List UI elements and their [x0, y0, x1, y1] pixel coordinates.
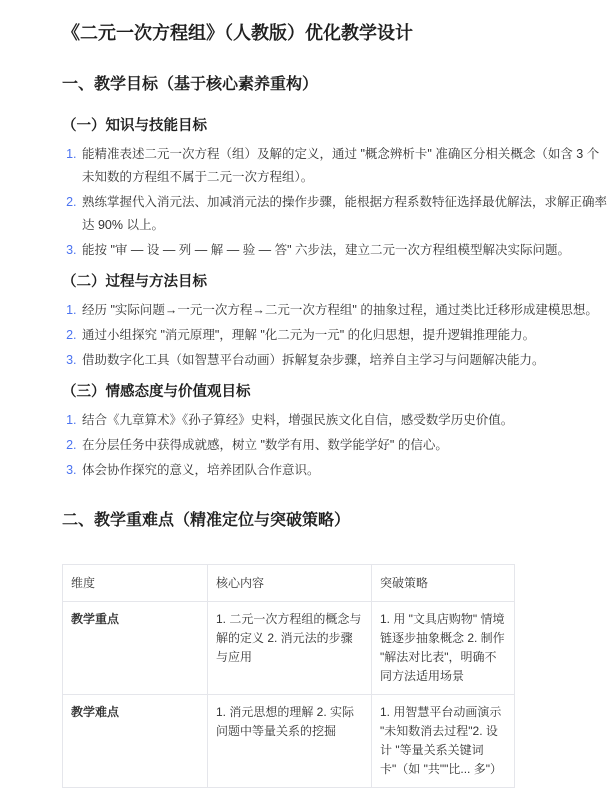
table-cell-strategy: 1. 用 "文具店购物" 情境链逐步抽象概念 2. 制作 "解法对比表"，明确不…	[372, 602, 515, 695]
list-item: 能按 "审 — 设 — 列 — 解 — 验 — 答" 六步法，建立二元一次方程组…	[80, 239, 608, 262]
table-cell-core-content: 1. 消元思想的理解 2. 实际问题中等量关系的挖掘	[208, 695, 372, 788]
subsection-heading-process-methods: （二）过程与方法目标	[62, 272, 608, 293]
list-item: 在分层任务中获得成就感，树立 "数学有用、数学能学好" 的信心。	[80, 434, 608, 457]
section-heading-objectives: 一、教学目标（基于核心素养重构）	[62, 74, 608, 96]
process-methods-list: 经历 "实际问题→一元一次方程→二元一次方程组" 的抽象过程，通过类比迁移形成建…	[62, 299, 608, 372]
list-item: 借助数字化工具（如智慧平台动画）拆解复杂步骤，培养自主学习与问题解决能力。	[80, 349, 608, 372]
list-item: 熟练掌握代入消元法、加减消元法的操作步骤，能根据方程系数特征选择最优解法，求解正…	[80, 191, 608, 237]
key-points-table: 维度 核心内容 突破策略 教学重点 1. 二元一次方程组的概念与解的定义 2. …	[62, 564, 515, 788]
table-row-difficult-point: 教学难点 1. 消元思想的理解 2. 实际问题中等量关系的挖掘 1. 用智慧平台…	[63, 695, 515, 788]
doc-title: 《二元一次方程组》（人教版）优化教学设计	[62, 20, 608, 46]
section-heading-key-difficult-points: 二、教学重难点（精准定位与突破策略）	[62, 510, 608, 532]
list-item: 体会协作探究的意义，培养团队合作意识。	[80, 459, 608, 482]
teaching-design-document: 《二元一次方程组》（人教版）优化教学设计 一、教学目标（基于核心素养重构） （一…	[0, 0, 616, 788]
table-cell-dimension: 教学重点	[63, 602, 208, 695]
emotion-values-list: 结合《九章算术》《孙子算经》史料，增强民族文化自信，感受数学历史价值。 在分层任…	[62, 409, 608, 482]
list-item: 结合《九章算术》《孙子算经》史料，增强民族文化自信，感受数学历史价值。	[80, 409, 608, 432]
subsection-heading-emotion-values: （三）情感态度与价值观目标	[62, 382, 608, 403]
table-header-core-content: 核心内容	[208, 565, 372, 602]
list-item: 经历 "实际问题→一元一次方程→二元一次方程组" 的抽象过程，通过类比迁移形成建…	[80, 299, 608, 322]
table-row-key-point: 教学重点 1. 二元一次方程组的概念与解的定义 2. 消元法的步骤与应用 1. …	[63, 602, 515, 695]
table-cell-strategy: 1. 用智慧平台动画演示 "未知数消去过程"2. 设计 "等量关系关键词卡"（如…	[372, 695, 515, 788]
table-header-strategy: 突破策略	[372, 565, 515, 602]
subsection-heading-knowledge-skills: （一）知识与技能目标	[62, 116, 608, 137]
table-header-row: 维度 核心内容 突破策略	[63, 565, 515, 602]
table-cell-core-content: 1. 二元一次方程组的概念与解的定义 2. 消元法的步骤与应用	[208, 602, 372, 695]
table-cell-dimension: 教学难点	[63, 695, 208, 788]
table-header-dimension: 维度	[63, 565, 208, 602]
knowledge-skills-list: 能精准表述二元一次方程（组）及解的定义，通过 "概念辨析卡" 准确区分相关概念（…	[62, 143, 608, 262]
list-item: 能精准表述二元一次方程（组）及解的定义，通过 "概念辨析卡" 准确区分相关概念（…	[80, 143, 608, 189]
list-item: 通过小组探究 "消元原理"，理解 "化二元为一元" 的化归思想，提升逻辑推理能力…	[80, 324, 608, 347]
